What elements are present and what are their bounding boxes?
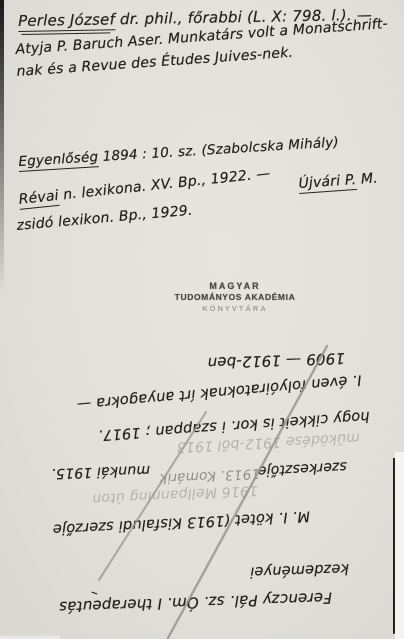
stamp-line-3: KÖNYVTÁRA	[168, 304, 302, 313]
reference-1-rest: 1894 : 10. sz. (Szabolcska Mihály)	[98, 134, 340, 165]
reference-2-rest: n. lexikona. XV. Bp., 1922. —	[58, 166, 271, 204]
stamp-line-1: MAGYAR	[168, 281, 302, 291]
reverse-line-5: munkái 1915.	[28, 462, 150, 482]
reference-author-name: Újvári P.	[298, 172, 357, 194]
library-stamp: MAGYAR TUDOMÁNYOS AKADÉMIA KÖNYVTÁRA	[168, 281, 302, 313]
scan-edge-bottom	[0, 634, 60, 639]
scanned-catalog-card: Perles József dr. phil., főrabbi (L. X: …	[0, 0, 404, 639]
reference-2-source: Révai	[18, 188, 60, 210]
reference-author: Újvári P. M.	[298, 170, 378, 192]
reverse-line-erased-2: 1916 Mellpanning úton	[28, 482, 259, 510]
stamp-line-2: TUDOMÁNYOS AKADÉMIA	[168, 292, 302, 302]
card-edge-right	[393, 458, 395, 634]
reverse-line-volume: M. I. kötet (1913 Kisfaludi szerzője	[24, 508, 310, 539]
person-name: Perles József	[18, 10, 115, 35]
reference-line-1: Egyenlőség 1894 : 10. sz. (Szabolcska Mi…	[18, 134, 339, 170]
reference-1-source: Egyenlőség	[18, 149, 99, 172]
scan-edge-right-background	[395, 452, 404, 639]
scan-edge-left	[0, 0, 4, 294]
reverse-line-2: I. éven folyóiratoknak írt anyagokra —	[50, 371, 362, 414]
reverse-line-9: kezdeményei	[243, 560, 349, 580]
reverse-line-6: szerkesztője	[243, 458, 348, 479]
pencil-strike-lines	[0, 0, 404, 639]
reverse-line-bottom: Ferenczy Pál. sz. Óm. I therapeutás	[26, 589, 332, 618]
reference-author-rest: M.	[356, 170, 379, 187]
reverse-line-years: 1909 — 1912-ben	[183, 349, 346, 373]
reference-line-2: Révai n. lexikona. XV. Bp., 1922. —	[18, 166, 271, 208]
